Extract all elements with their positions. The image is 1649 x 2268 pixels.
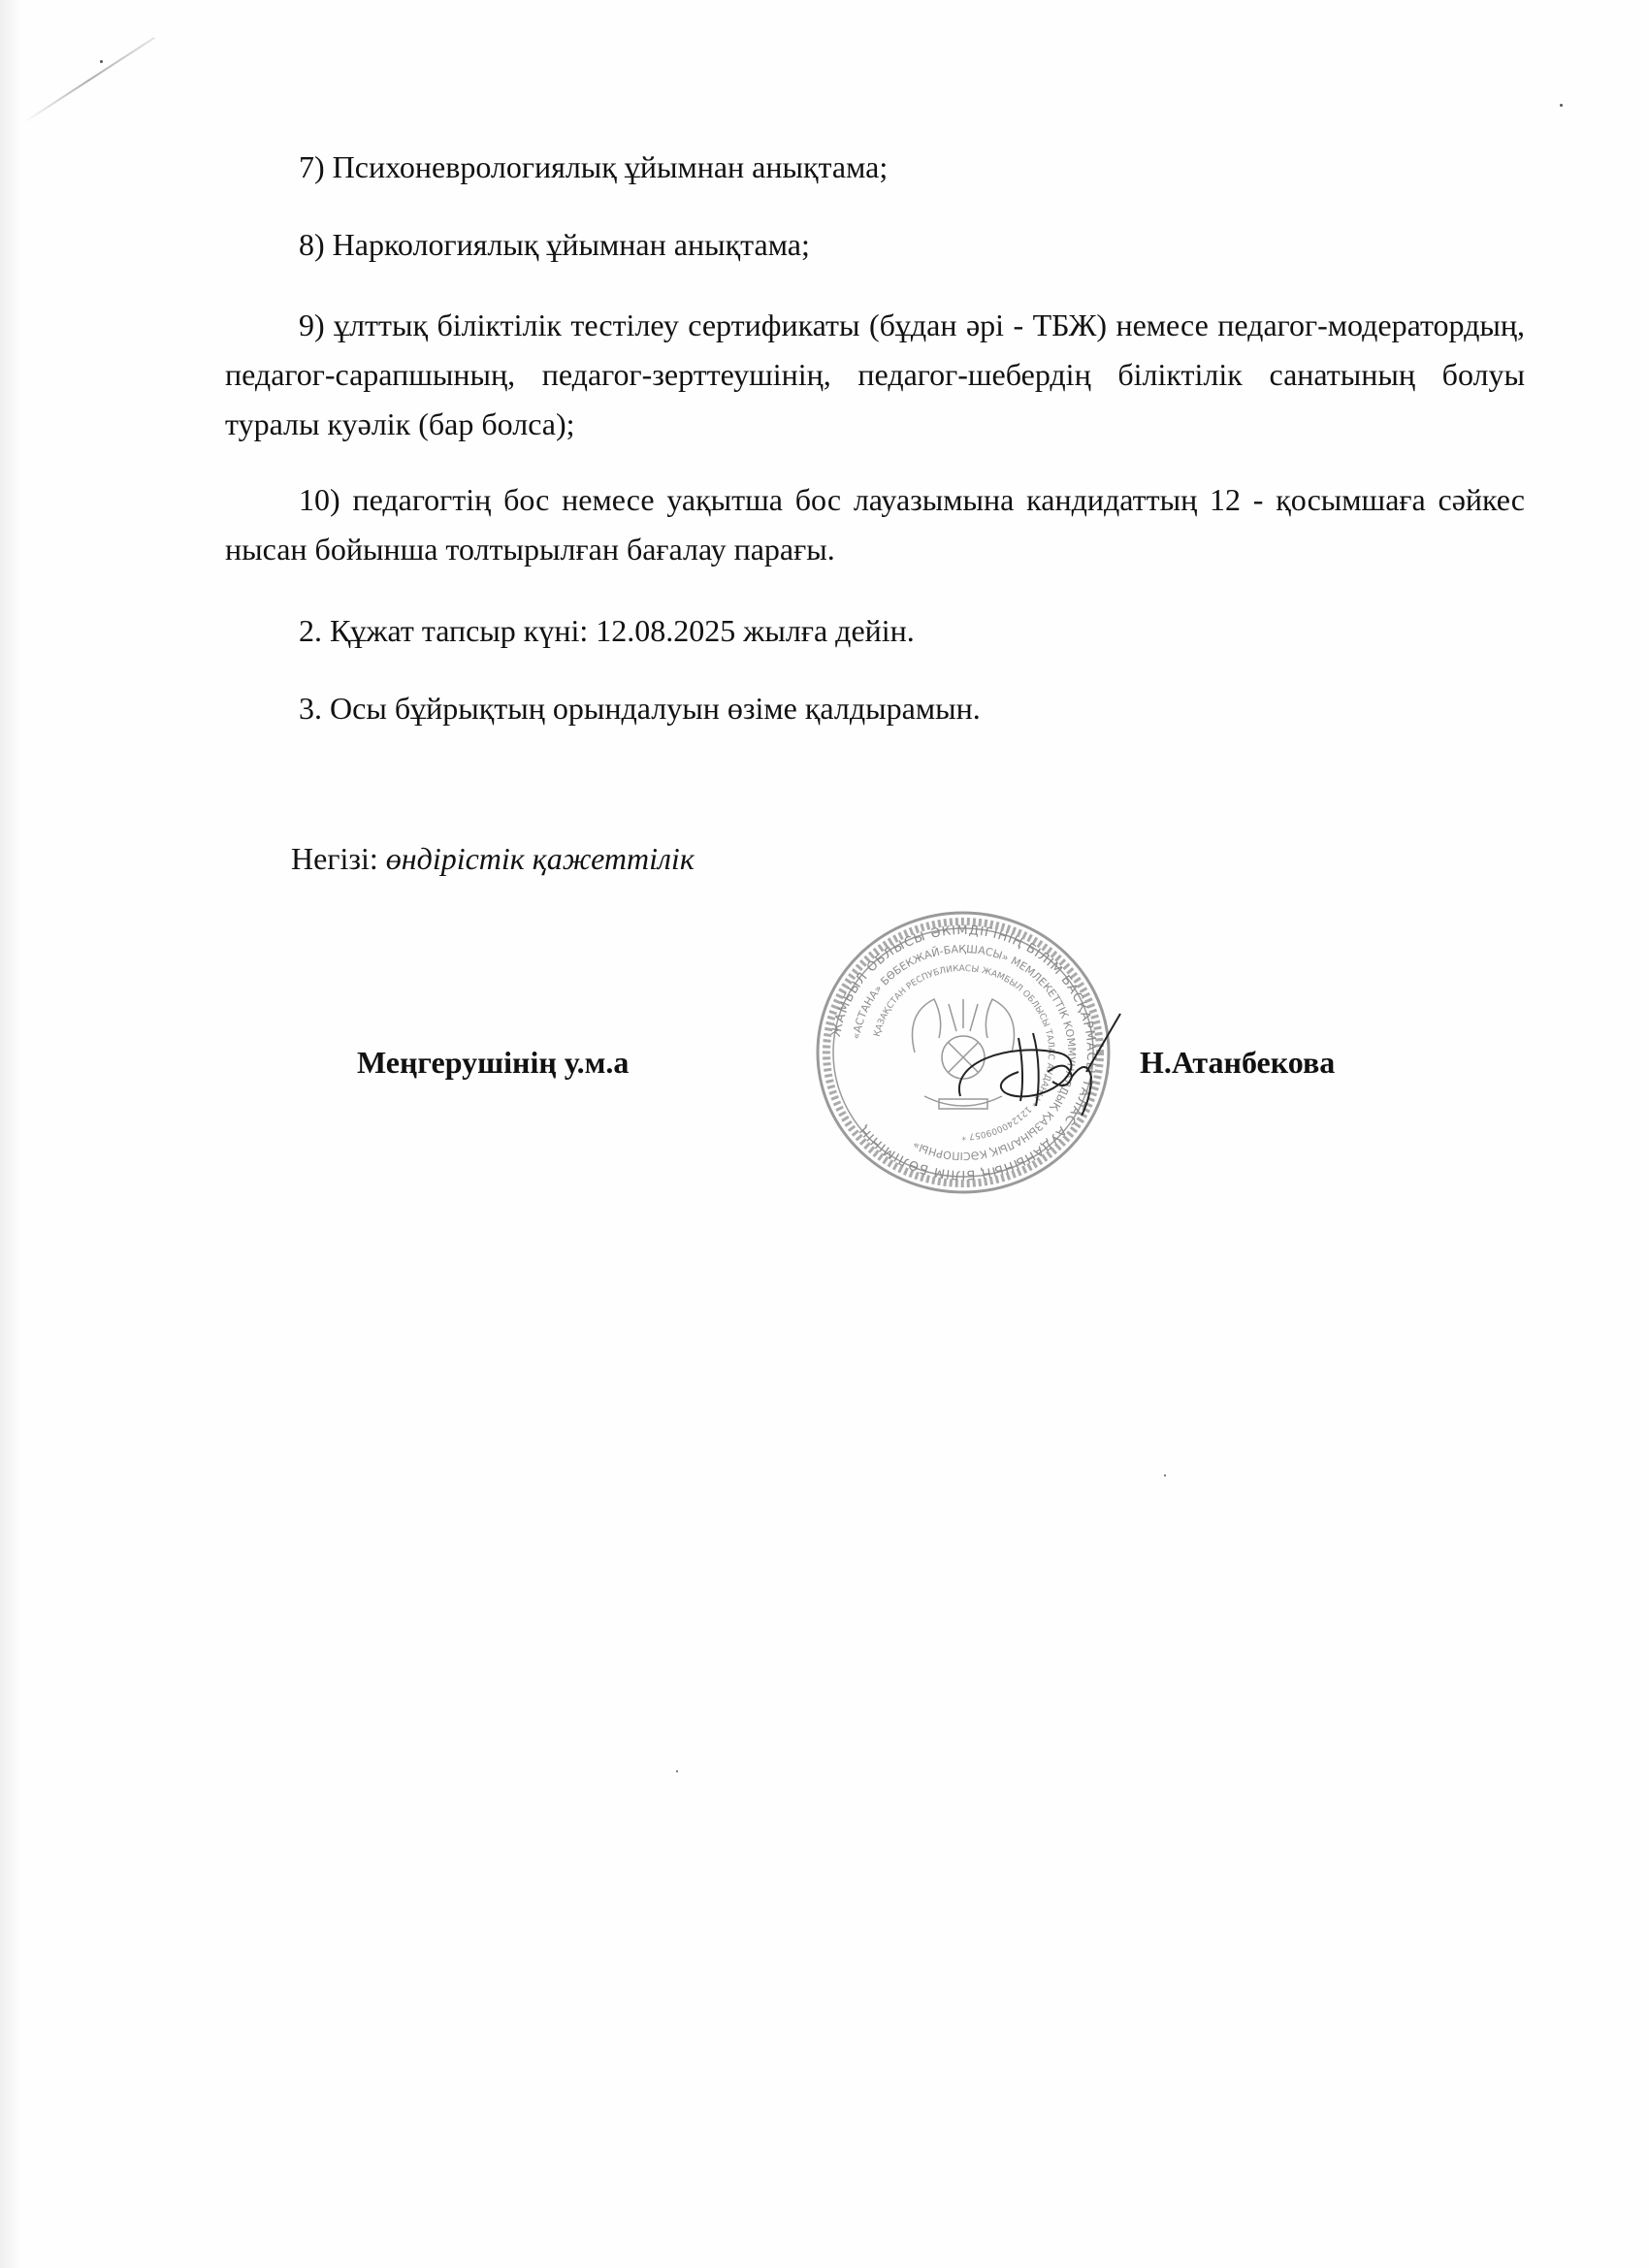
item-9-text: 9) ұлттық біліктілік тестілеу сертификат…: [225, 308, 1525, 441]
scan-speck: [1164, 1474, 1166, 1476]
corner-fold-mark: [23, 37, 154, 123]
handwritten-signature-icon: [951, 1004, 1125, 1120]
item-7: 7) Психоневрологиялық ұйымнан анықтама;: [299, 147, 888, 186]
item-10-text: 10) педагогтің бос немесе уақытша бос ла…: [225, 482, 1525, 567]
scan-edge-shadow: [0, 0, 21, 2268]
item-8: 8) Наркологиялық ұйымнан анықтама;: [299, 225, 810, 264]
basis-label: Негізі:: [291, 841, 378, 876]
item-9: 9) ұлттық біліктілік тестілеу сертификат…: [225, 301, 1525, 449]
signatory-name: Н.Атанбекова: [1140, 1043, 1335, 1082]
document-page: 7) Психоневрологиялық ұйымнан анықтама; …: [0, 0, 1649, 2268]
scan-speck: [1560, 104, 1563, 107]
clause-3: 3. Осы бұйрықтың орындалуын өзіме қалдыр…: [299, 689, 981, 728]
item-10: 10) педагогтің бос немесе уақытша бос ла…: [225, 475, 1525, 574]
clause-2: 2. Құжат тапсыр күні: 12.08.2025 жылға д…: [299, 611, 915, 650]
scan-speck: [676, 1770, 678, 1772]
basis-value: өндірістік қажеттілік: [386, 841, 695, 876]
signatory-position: Меңгерушінің у.м.а: [357, 1043, 629, 1082]
scan-speck: [100, 60, 103, 63]
basis-line: Негізі: өндірістік қажеттілік: [291, 839, 695, 878]
